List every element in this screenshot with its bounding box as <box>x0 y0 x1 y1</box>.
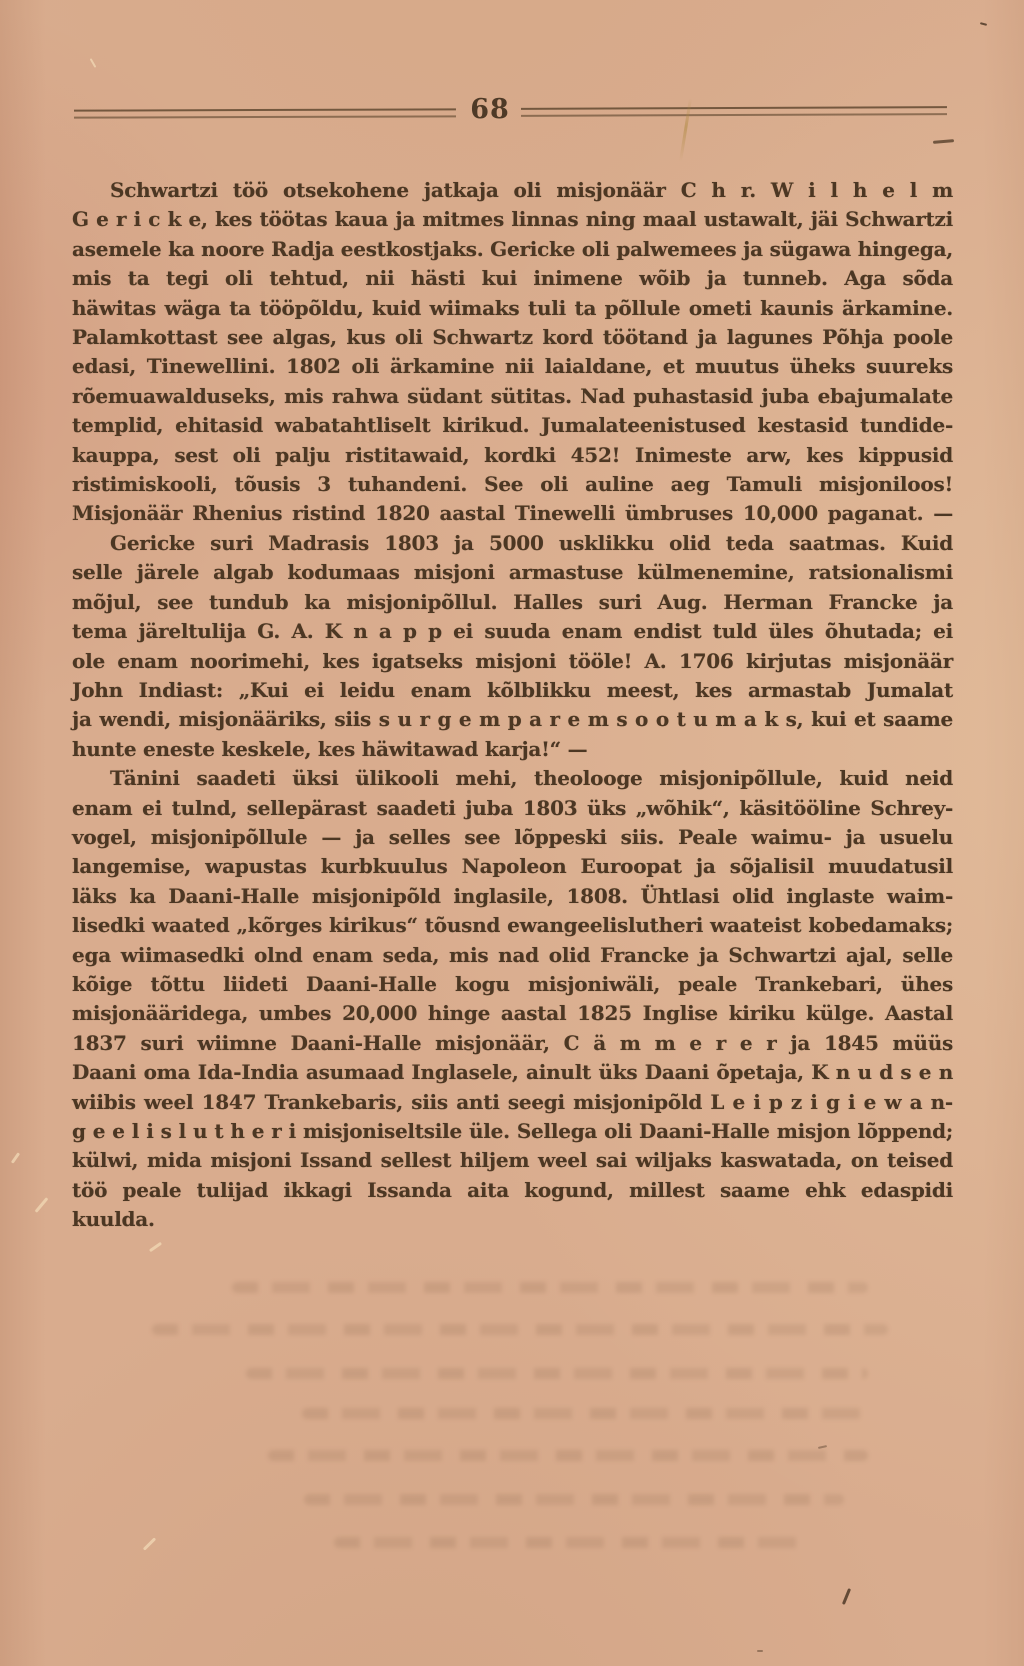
text-line: selle järele algab kodumaas misjoni arma… <box>72 558 953 587</box>
bleedthrough-text <box>268 1450 868 1461</box>
text-line: Gericke suri Madrasis 1803 ja 5000 uskli… <box>72 529 953 558</box>
text-line: misjonääridega, umbes 20,000 hinge aasta… <box>72 999 953 1028</box>
text-line: ole enam noorimehi, kes igatseks misjoni… <box>72 647 953 676</box>
text-line: läks ka Daani-Halle misjonipõld inglasil… <box>72 882 953 911</box>
page-number: 68 <box>462 94 518 125</box>
header-rule-left <box>74 108 456 118</box>
text-line: enam ei tulnd, sellepärast saadeti juba … <box>72 794 953 823</box>
text-line: töö peale tulijad ikkagi Issanda aita ko… <box>72 1176 953 1235</box>
text-line: kauppa, sest oli palju ristitawaid, kord… <box>72 441 953 470</box>
bleedthrough-text <box>334 1537 804 1548</box>
paper-fiber <box>35 1197 49 1213</box>
page-text: Schwartzi töö otsekohene jatkaja oli mis… <box>72 176 953 1235</box>
text-line: ja wendi, misjonääriks, siis s u r g e m… <box>72 705 953 734</box>
text-line: vogel, misjonipõllule — ja selles see lõ… <box>72 823 953 852</box>
text-line: mõjul, see tundub ka misjonipõllul. Hall… <box>72 588 953 617</box>
text-line: asemele ka noore Radja eestkostjaks. Ger… <box>72 235 953 264</box>
text-line: kõige tõttu liideti Daani-Halle kogu mis… <box>72 970 953 999</box>
paper-fiber <box>149 1242 162 1252</box>
text-line: John Indiast: „Kui ei leidu enam kõlblik… <box>72 676 953 705</box>
text-line: Schwartzi töö otsekohene jatkaja oli mis… <box>72 176 953 205</box>
paragraph: Schwartzi töö otsekohene jatkaja oli mis… <box>72 176 953 529</box>
text-line: g e e l i s l u t h e r i misjoniseltsil… <box>72 1117 953 1146</box>
bleedthrough-text <box>304 1494 844 1505</box>
bleedthrough-text <box>246 1368 868 1379</box>
paragraph: Tänini saadeti üksi ülikooli mehi, theol… <box>72 764 953 1235</box>
paper-fiber <box>90 58 97 68</box>
margin-dash-mark <box>933 139 954 144</box>
book-page: 68 Schwartzi töö otsekohene jatkaja oli … <box>0 0 1024 1666</box>
text-line: külwi, mida misjoni Issand sellest hilje… <box>72 1146 953 1175</box>
text-line: hunte eneste keskele, kes häwitawad karj… <box>72 735 953 764</box>
text-line: G e r i c k e, kes töötas kaua ja mitmes… <box>72 205 953 234</box>
bleedthrough-text <box>152 1324 888 1335</box>
ink-speck <box>757 1650 763 1652</box>
text-line: Tänini saadeti üksi ülikooli mehi, theol… <box>72 764 953 793</box>
text-line: wiibis weel 1847 Trankebaris, siis anti … <box>72 1088 953 1117</box>
text-line: tema järeltulija G. A. K n a p p ei suud… <box>72 617 953 646</box>
text-line: lisedki waated „kõrges kirikus“ tõusnd e… <box>72 911 953 940</box>
text-line: Palamkottast see algas, kus oli Schwartz… <box>72 323 953 352</box>
text-line: Misjonäär Rhenius ristind 1820 aastal Ti… <box>72 499 953 528</box>
ink-stroke-mark <box>842 1588 851 1605</box>
text-line: rõemuawalduseks, mis rahwa südant sütita… <box>72 382 953 411</box>
text-line: mis ta tegi oli tehtud, nii hästi kui in… <box>72 264 953 293</box>
text-line: häwitas wäga ta tööpõldu, kuid wiimaks t… <box>72 294 953 323</box>
ink-speck <box>980 22 987 26</box>
bleedthrough-text <box>302 1408 862 1419</box>
text-line: ristimiskooli, tõusis 3 tuhandeni. See o… <box>72 470 953 499</box>
paper-fiber <box>11 1152 20 1164</box>
text-line: 1837 suri wiimne Daani-Halle misjonäär, … <box>72 1029 953 1058</box>
text-line: langemise, wapustas kurbkuulus Napoleon … <box>72 852 953 881</box>
text-line: Daani oma Ida-India asumaad Inglasele, a… <box>72 1058 953 1087</box>
header-rule-right <box>521 106 947 117</box>
paragraph: Gericke suri Madrasis 1803 ja 5000 uskli… <box>72 529 953 764</box>
paper-fiber <box>143 1537 156 1550</box>
ink-speck <box>818 1445 827 1449</box>
text-line: ega wiimasedki olnd enam seda, mis nad o… <box>72 941 953 970</box>
text-line: edasi, Tinewellini. 1802 oli ärkamine ni… <box>72 352 953 381</box>
text-line: templid, ehitasid wabatahtliselt kirikud… <box>72 411 953 440</box>
bleedthrough-text <box>232 1282 868 1293</box>
